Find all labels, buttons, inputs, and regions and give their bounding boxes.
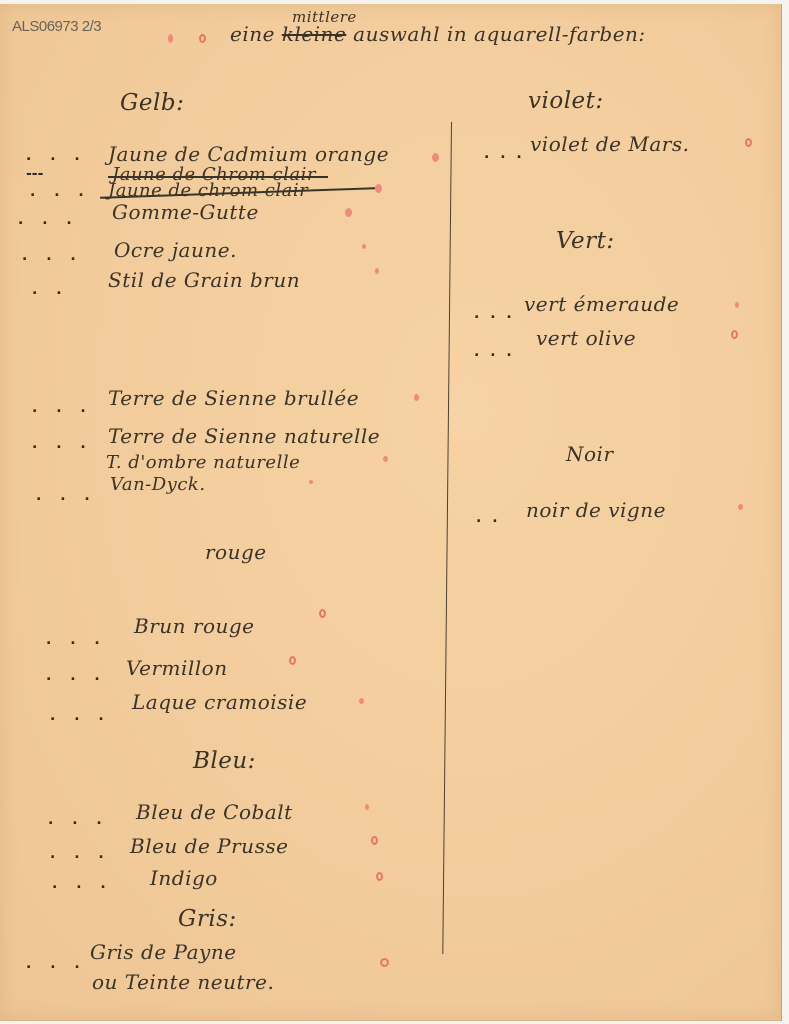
- item-marks: . . .: [32, 400, 93, 416]
- item-marks: . . .: [30, 184, 91, 200]
- red-pencil-mark: [359, 698, 364, 704]
- title-suffix: auswahl in aquarell-farben:: [353, 22, 646, 46]
- color-item: vert émeraude: [524, 292, 679, 316]
- section-heading-vert: Vert:: [556, 228, 615, 254]
- manuscript-page: ALS06973 2/3 eine mittlere kleine auswah…: [0, 4, 782, 1021]
- color-item: Bleu de Cobalt: [136, 800, 293, 824]
- red-pencil-mark: [199, 34, 206, 43]
- red-pencil-mark: [365, 804, 369, 810]
- color-item: ou Teinte neutre.: [92, 970, 274, 994]
- red-pencil-mark: [289, 656, 296, 665]
- red-pencil-mark: [376, 872, 383, 881]
- red-pencil-mark: [309, 480, 313, 484]
- color-item: Bleu de Prusse: [130, 834, 288, 858]
- red-pencil-mark: [168, 34, 173, 43]
- item-marks: . . .: [26, 148, 87, 164]
- item-marks: . . .: [48, 812, 109, 828]
- color-item: Laque cramoisie: [132, 690, 307, 714]
- item-marks: . . .: [26, 956, 87, 972]
- item-marks: . . .: [474, 344, 515, 360]
- color-item: T. d'ombre naturelle: [106, 452, 300, 473]
- red-pencil-mark: [345, 208, 352, 217]
- color-item: Stil de Grain brun: [108, 268, 300, 292]
- red-pencil-mark: [371, 836, 378, 845]
- title-inserted-word: mittlere: [292, 8, 357, 26]
- section-heading-gris: Gris:: [178, 906, 237, 932]
- column-divider-line: [442, 122, 452, 954]
- color-item: Brun rouge: [134, 614, 255, 638]
- section-heading-violet: violet:: [528, 88, 604, 114]
- red-pencil-mark: [745, 138, 752, 147]
- page-title: eine mittlere kleine auswahl in aquarell…: [230, 22, 646, 46]
- section-heading-rouge: rouge: [205, 540, 267, 564]
- color-item: Van-Dyck.: [110, 474, 206, 495]
- section-heading-gelb: Gelb:: [120, 90, 184, 116]
- color-item: Terre de Sienne naturelle: [108, 424, 380, 448]
- archive-id-label: ALS06973 2/3: [12, 18, 101, 35]
- color-item: Vermillon: [126, 656, 228, 680]
- item-marks: . . .: [474, 306, 515, 322]
- item-marks: . .: [476, 510, 501, 526]
- red-pencil-mark: [375, 268, 379, 274]
- item-marks: . . .: [36, 488, 97, 504]
- item-marks: . . .: [50, 846, 111, 862]
- color-item: violet de Mars.: [530, 132, 689, 156]
- section-heading-bleu: Bleu:: [193, 748, 256, 774]
- item-marks: . . .: [18, 212, 79, 228]
- item-marks: ---: [26, 166, 43, 182]
- title-prefix: eine: [230, 22, 275, 46]
- item-marks: . . .: [50, 708, 111, 724]
- item-marks: . . .: [22, 248, 83, 264]
- section-heading-noir: Noir: [566, 442, 614, 466]
- red-pencil-mark: [319, 609, 326, 618]
- red-pencil-mark: [362, 244, 366, 249]
- color-item: Indigo: [150, 866, 218, 890]
- red-pencil-mark: [738, 504, 743, 510]
- item-marks: . . .: [32, 436, 93, 452]
- red-pencil-mark: [383, 456, 388, 462]
- item-marks: . . .: [46, 668, 107, 684]
- item-marks: . . .: [46, 632, 107, 648]
- color-item: vert olive: [536, 326, 636, 350]
- color-item: Terre de Sienne brullée: [108, 386, 359, 410]
- color-item: Ocre jaune.: [114, 238, 237, 262]
- red-pencil-mark: [731, 330, 738, 339]
- item-marks: . .: [32, 282, 69, 298]
- color-item: Gris de Payne: [90, 940, 237, 964]
- color-item: noir de vigne: [526, 498, 666, 522]
- color-item: Gomme-Gutte: [112, 200, 259, 224]
- red-pencil-mark: [735, 302, 739, 308]
- strikethrough-line: [108, 176, 328, 178]
- color-item: Jaune de Cadmium orange: [108, 142, 389, 166]
- red-pencil-mark: [414, 394, 419, 401]
- red-pencil-mark: [432, 153, 439, 162]
- item-marks: . . .: [52, 876, 113, 892]
- red-pencil-mark: [380, 958, 389, 967]
- red-pencil-mark: [375, 184, 382, 193]
- item-marks: . . .: [484, 146, 525, 162]
